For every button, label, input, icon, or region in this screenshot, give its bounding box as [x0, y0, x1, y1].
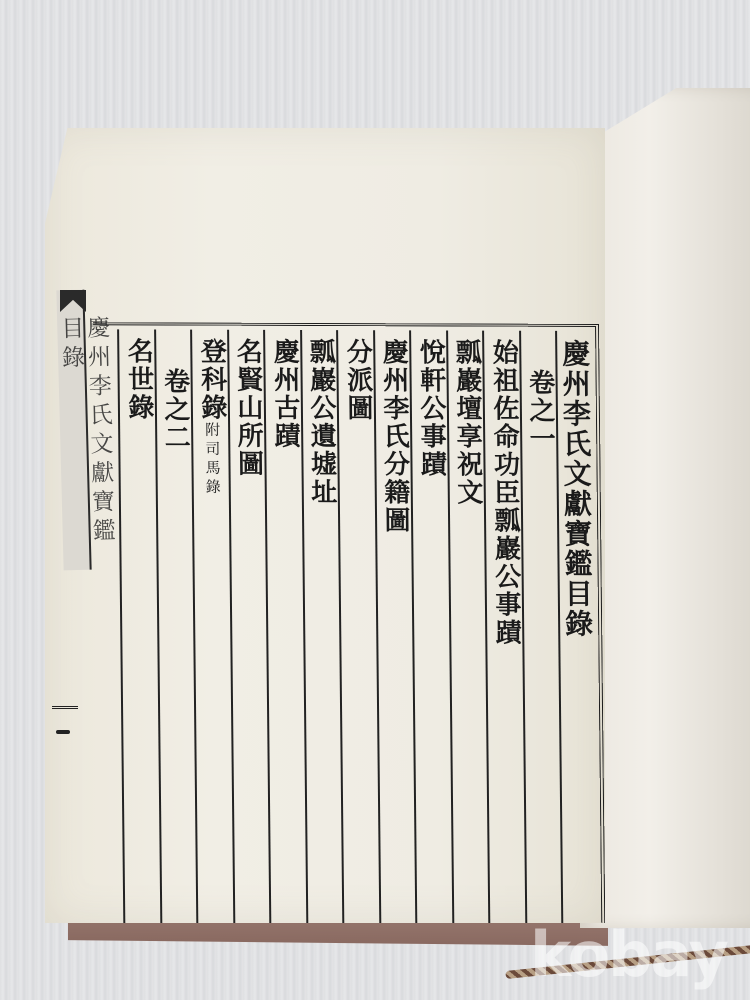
column-rule: [117, 329, 126, 979]
right-blank-page: [580, 88, 750, 928]
left-page: 慶州李氏文獻寶鑑目錄 卷之一 始祖佐命功臣瓢巖公事蹟 瓢巖壇享祝文 悅軒公事蹟 …: [45, 128, 605, 923]
toc-entry: 始祖佐命功臣瓢巖公事蹟: [488, 339, 521, 647]
center-spine-strip: 慶州李氏文獻寶鑑目錄: [56, 290, 91, 571]
toc-entry: 名世錄: [123, 337, 154, 421]
toc-entry: 名賢山所圖: [232, 338, 263, 478]
toc-entry-text: 登科錄: [196, 338, 227, 422]
toc-entry-with-note: 登科錄附司馬錄: [196, 338, 228, 498]
watermark: kobay: [530, 918, 727, 991]
toc-entry: 分派圖: [342, 338, 373, 422]
toc-entry: 慶州李氏分籍圖: [378, 338, 410, 534]
toc-entry: 瓢巖壇享祝文: [451, 338, 483, 506]
volume-heading-1: 卷之一: [524, 369, 555, 453]
printed-frame: 慶州李氏文獻寶鑑目錄 卷之一 始祖佐命功臣瓢巖公事蹟 瓢巖壇享祝文 悅軒公事蹟 …: [93, 322, 606, 989]
page-number-mark: [56, 730, 70, 734]
toc-entry-note: 附司馬錄: [203, 422, 222, 498]
spine-label: 慶州李氏文獻寶鑑目錄: [57, 315, 116, 570]
toc-entry: 悅軒公事蹟: [415, 338, 446, 478]
toc-entry: 瓢巖公遺墟址: [305, 338, 337, 506]
toc-entry: 慶州古蹟: [269, 338, 300, 450]
volume-heading-2: 卷之二: [159, 367, 190, 451]
page-number-lines: [52, 706, 78, 717]
column-rule: [336, 330, 345, 980]
toc-title: 慶州李氏文獻寶鑑目錄: [559, 339, 592, 639]
